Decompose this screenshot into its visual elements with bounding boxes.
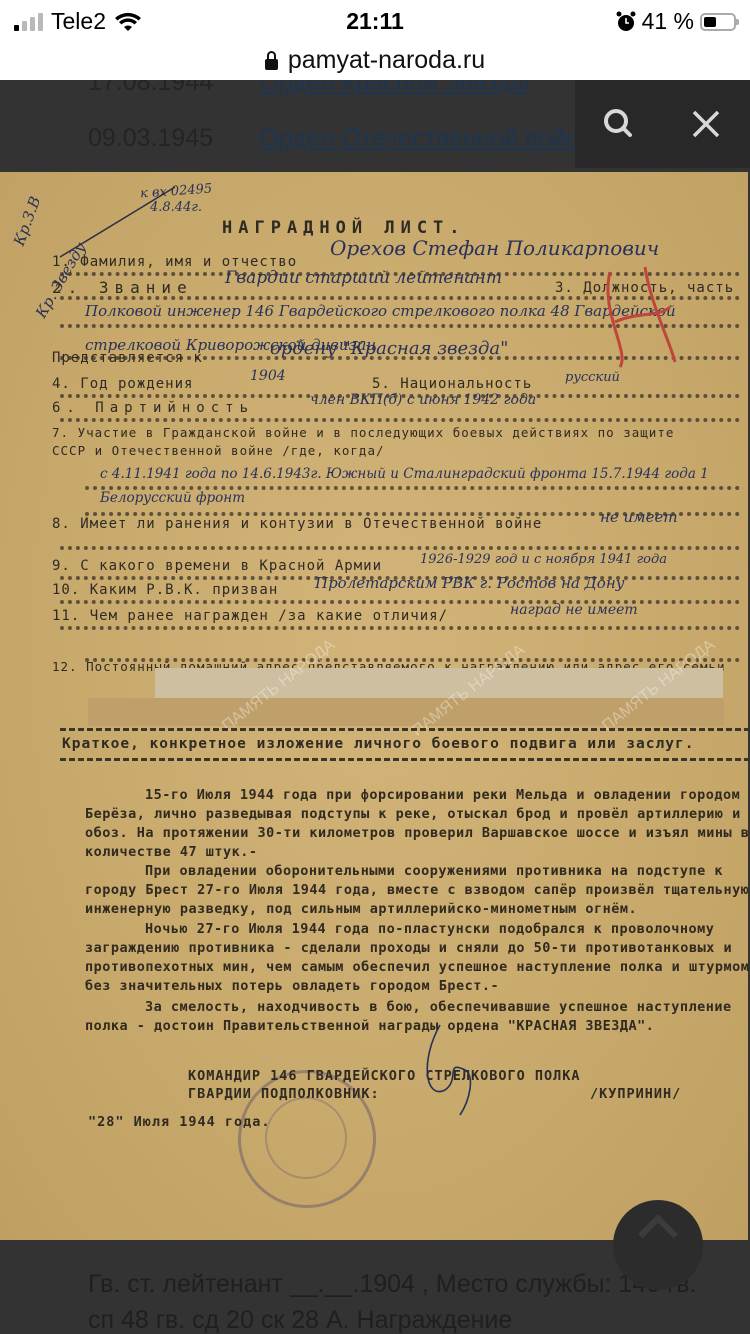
image-viewer-toolbar <box>575 80 750 168</box>
field-value-name: Орехов Стефан Поликарпович <box>330 236 659 260</box>
browser-url-bar[interactable]: pamyat-naroda.ru <box>0 40 750 80</box>
field-label: 4. Год рождения <box>52 376 193 392</box>
close-button[interactable] <box>686 104 726 144</box>
scroll-to-top-button[interactable] <box>613 1200 703 1290</box>
field-label: 9. С какого времени в Красной Армии <box>52 558 382 574</box>
award-link[interactable]: Орден Отечественной войны I <box>259 124 611 153</box>
battery-icon <box>700 13 736 31</box>
battery-percent: 41 % <box>642 8 694 35</box>
status-right: 41 % <box>616 8 736 35</box>
alarm-icon <box>616 11 636 33</box>
document-title: НАГРАДНОЙ ЛИСТ. <box>222 218 466 238</box>
commander-rank: ГВАРДИИ ПОДПОЛКОВНИК: <box>188 1086 380 1102</box>
commander-title: КОМАНДИР 146 ГВАРДЕЙСКОГО СТРЕЛКОВОГО ПО… <box>188 1068 581 1084</box>
field-label: 7. Участие в Гражданской войне и в после… <box>52 424 712 460</box>
narrative-paragraph: При овладении оборонительными сооружения… <box>85 862 748 919</box>
handwritten-signature <box>415 1020 495 1120</box>
dotted-line <box>85 486 740 490</box>
dotted-line <box>60 418 740 422</box>
field-value-rank: Гвардии старший лейтенант <box>225 268 502 288</box>
section-divider <box>60 758 748 761</box>
document-date: "28" Июля 1944 года. <box>88 1114 271 1130</box>
margin-note: Кр.З.В <box>10 194 44 248</box>
commander-name: /КУПРИНИН/ <box>590 1086 681 1102</box>
field-value-award: ордену "Красная звезда" <box>270 338 508 359</box>
field-label: Представляется к <box>52 350 203 366</box>
award-date: 17.08.1944 <box>88 80 213 97</box>
lock-icon <box>265 59 278 70</box>
award-date: 09.03.1945 <box>88 124 213 153</box>
award-row: 09.03.1945 Орден Отечественной войны I <box>88 124 612 153</box>
search-icon <box>599 104 639 144</box>
url-text: pamyat-naroda.ru <box>288 46 485 75</box>
field-value-birth-year: 1904 <box>250 368 286 384</box>
section-header: Краткое, конкретное изложение личного бо… <box>62 736 694 752</box>
field-label: 6. Партийность <box>52 400 254 416</box>
ios-status-bar: Tele2 21:11 41 % <box>0 0 750 40</box>
narrative-paragraph: 15-го Июля 1944 года при форсировании ре… <box>85 786 748 862</box>
section-divider <box>60 728 748 731</box>
pen-stroke-mark <box>55 182 185 262</box>
field-value-draft-office: Пролетарским РВК г. Ростов на Дону <box>315 574 624 592</box>
award-row: 17.08.1944 Орден Красной Звезды <box>88 80 530 97</box>
field-value-nationality: русский <box>565 370 620 385</box>
field-label: 11. Чем ранее награжден /за какие отличи… <box>52 608 448 624</box>
award-sheet-image[interactable]: к вх 02495 4.8.44г. Кр.З.В Кр. Звезду НА… <box>0 172 748 1240</box>
red-pencil-mark <box>590 262 680 372</box>
field-label: 8. Имеет ли ранения и контузии в Отечест… <box>52 516 542 532</box>
dotted-line <box>60 626 740 630</box>
field-value-wounds: не имеет <box>600 508 678 526</box>
search-button[interactable] <box>599 104 639 144</box>
close-icon <box>686 104 726 144</box>
field-label: 10. Каким Р.В.К. призван <box>52 582 278 598</box>
narrative-paragraph: Ночью 27-го Июля 1944 года по-пластунски… <box>85 920 748 996</box>
field-value-party: член ВКП(б) с июня 1942 года <box>310 392 536 408</box>
dotted-line <box>60 546 740 550</box>
award-link[interactable]: Орден Красной Звезды <box>259 80 529 97</box>
field-value-service-since: 1926-1929 год и с ноября 1941 года <box>420 552 667 567</box>
dotted-line <box>60 600 740 604</box>
field-label: 5. Национальность <box>372 376 532 392</box>
field-value-prior-awards: наград не имеет <box>510 602 638 618</box>
